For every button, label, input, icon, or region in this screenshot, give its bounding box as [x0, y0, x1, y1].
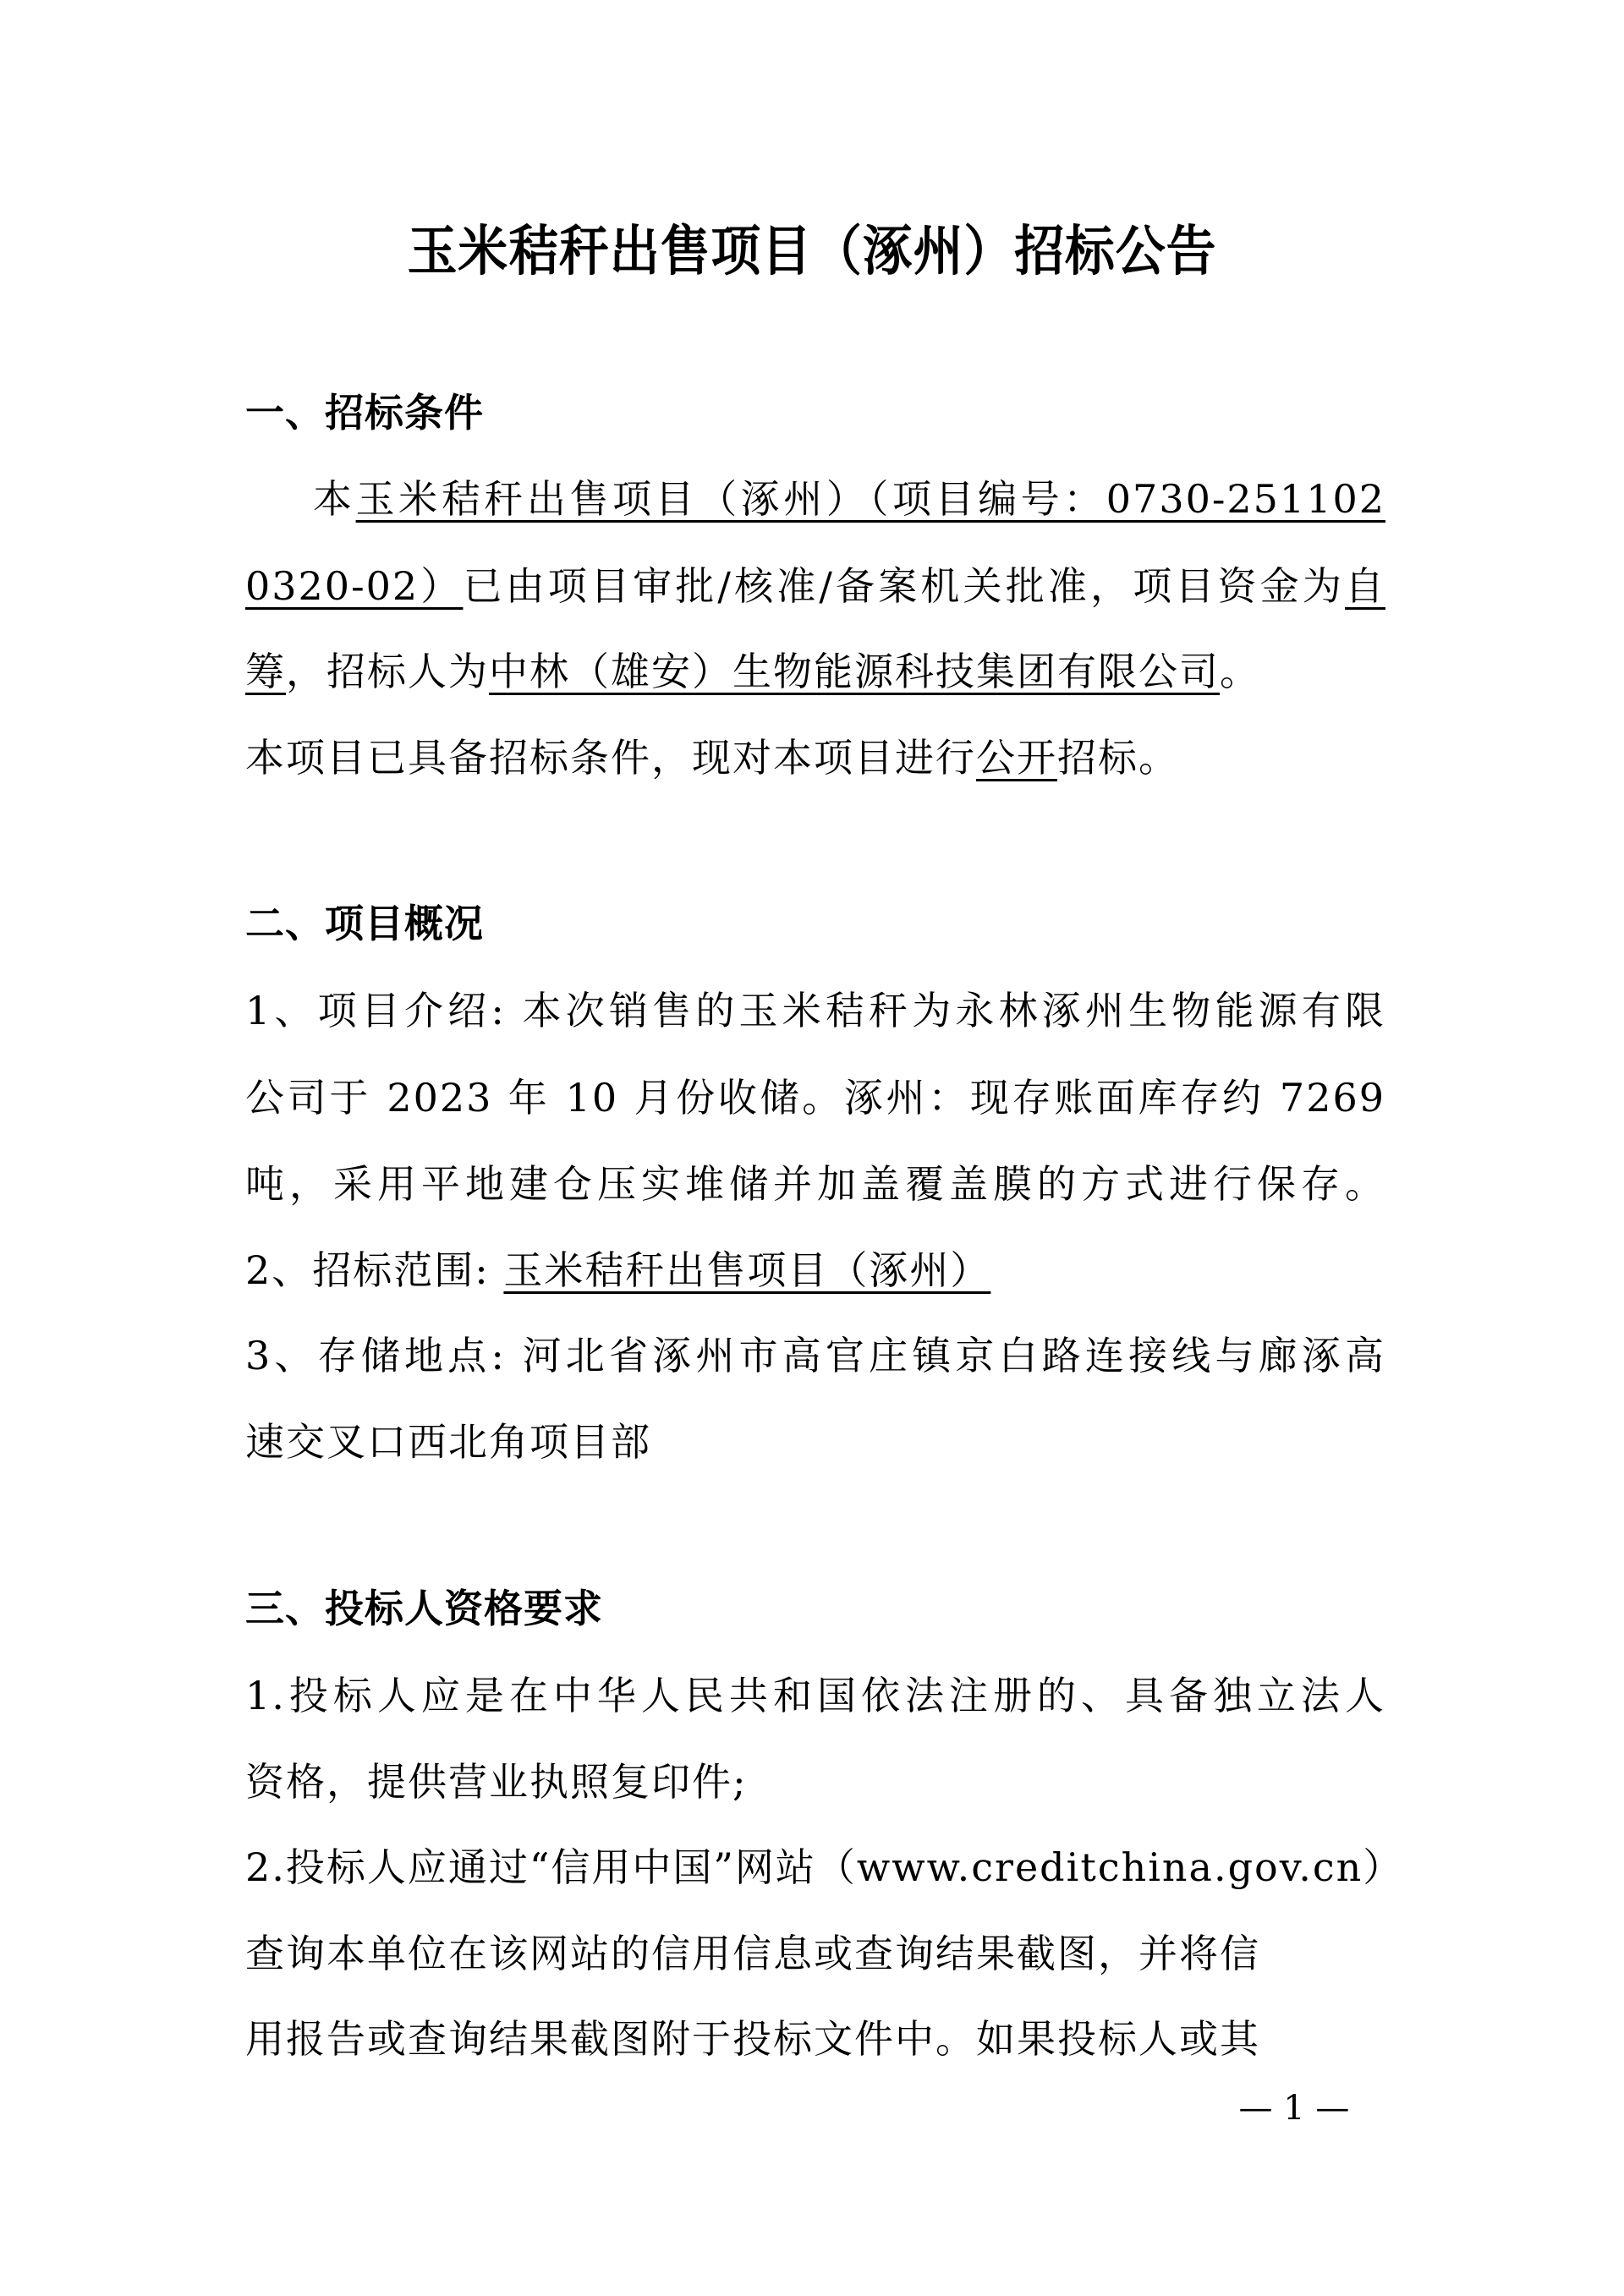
- document-page: 玉米秸秆出售项目（涿州）招标公告 一、招标条件 本玉米秸秆出售项目（涿州）（项目…: [0, 0, 1624, 2296]
- paragraph-line: 0320-02）已由项目审批/核准/备案机关批准，项目资金为自: [245, 561, 1385, 611]
- project-number-underlined: 0320-02）: [245, 563, 463, 609]
- paragraph-line: 资格，提供营业执照复印件;: [245, 1756, 1385, 1807]
- text: 招标。: [1057, 735, 1179, 781]
- text: 2、招标范围:: [245, 1247, 490, 1293]
- text: 本: [313, 476, 356, 522]
- paragraph-line: 公司于 2023 年 10 月份收储。涿州：现存账面库存约 7269: [245, 1072, 1385, 1123]
- text: ，招标人为: [286, 649, 489, 694]
- paragraph-line: 本玉米秸秆出售项目（涿州）（项目编号：0730-251102: [313, 474, 1385, 524]
- section-heading-project-overview: 二、项目概况: [245, 898, 484, 949]
- bidding-scope-underlined: 玉米秸秆出售项目（涿州）: [503, 1247, 990, 1293]
- paragraph-line: 3、存储地点: 河北省涿州市高官庄镇京白路连接线与廊涿高: [245, 1330, 1385, 1381]
- funding-underlined: 自: [1345, 563, 1385, 609]
- paragraph-line: 1、项目介绍: 本次销售的玉米秸秆为永林涿州生物能源有限: [245, 985, 1385, 1036]
- paragraph-line: 1.投标人应是在中华人民共和国依法注册的、具备独立法人: [245, 1670, 1385, 1721]
- tenderer-name-underlined: 中林（雄安）生物能源科技集团有限公司: [489, 649, 1220, 694]
- funding-underlined: 筹: [245, 649, 286, 694]
- section-heading-bidder-qualifications: 三、投标人资格要求: [245, 1583, 603, 1634]
- section-heading-bidding-conditions: 一、招标条件: [245, 387, 484, 438]
- paragraph-line: 2.投标人应通过“信用中国”网站（www.creditchina.gov.cn）: [245, 1842, 1385, 1893]
- paragraph-line: 2、招标范围: 玉米秸秆出售项目（涿州）: [245, 1245, 1385, 1296]
- paragraph-line: 查询本单位在该网站的信用信息或查询结果截图，并将信: [245, 1928, 1385, 1979]
- text: 。: [1220, 649, 1260, 694]
- project-name-underlined: 玉米秸秆出售项目（涿州）（项目编号：0730-251102: [356, 476, 1385, 522]
- text: 本项目已具备招标条件，现对本项目进行: [245, 735, 976, 781]
- bidding-method-underlined: 公开: [976, 735, 1057, 781]
- paragraph-line: 速交叉口西北角项目部: [245, 1417, 1385, 1467]
- paragraph-line: 筹，招标人为中林（雄安）生物能源科技集团有限公司。: [245, 646, 1385, 697]
- document-title: 玉米秸秆出售项目（涿州）招标公告: [65, 218, 1559, 286]
- paragraph-line: 本项目已具备招标条件，现对本项目进行公开招标。: [245, 732, 1385, 783]
- text: 已由项目审批/核准/备案机关批准，项目资金为: [463, 563, 1345, 609]
- page-number: — 1 —: [1226, 2087, 1362, 2129]
- paragraph-line: 用报告或查询结果截图附于投标文件中。如果投标人或其: [245, 2014, 1385, 2064]
- paragraph-line: 吨，采用平地建仓压实堆储并加盖覆盖膜的方式进行保存。: [245, 1159, 1385, 1209]
